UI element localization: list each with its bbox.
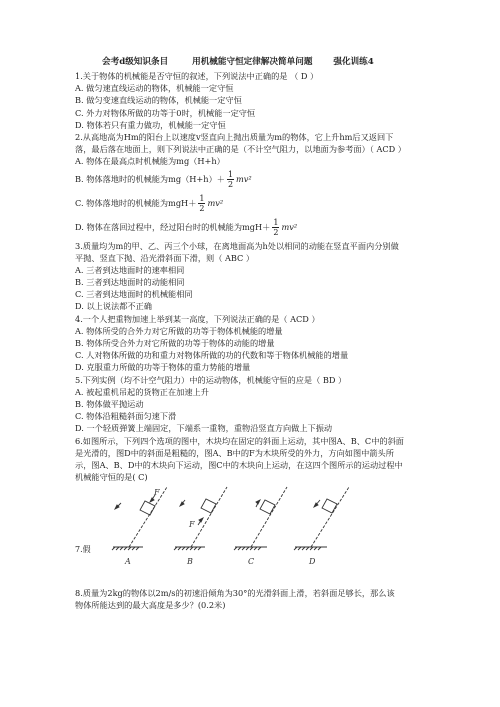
incline-figure: 7.假 [75,485,475,577]
option-a: A. 被起重机吊起的货物正在加速上升 [75,386,475,398]
formula-tail: mv² [236,173,252,185]
option-text: B. 物体落地时的机械能为mg（H+h）＋ [75,173,225,185]
option-text: D. 物体在落回过程中，经过阳台时的机械能为mgH＋ [75,221,270,233]
diagram-c [234,487,287,550]
label-c: C [248,557,254,566]
question-2: 2.从高地高为Hm的阳台上以速度v竖直向上抛出质量为m的物体，它上升hm后又返回… [75,131,475,240]
option-a: A. 做匀速直线运动的物体，机械能一定守恒 [75,82,475,94]
document-page: 会考d级知识条目 用机械能守恒定律解决简单问题 强化训练4 1.关于物体的机械能… [75,56,475,612]
option-d: D. 克服重力所做的功等于物体的重力势能的增量 [75,361,475,373]
option-c: C. 三者到达地面时的机械能相同 [75,288,475,300]
force-label-b: F [188,520,195,529]
question-1: 1.关于物体的机械能是否守恒的叙述，下列说法中正确的是 （ D ） A. 做匀速… [75,70,475,131]
question-stem: 8.质量为2kg的物体以2m/s的初速沿倾角为30°的光滑斜面上滑，若斜面足够长… [75,587,475,599]
question-stem: 3.质量均为m的甲、乙、丙三个小球，在离地面高为h处以相同的动能在竖直平面内分别… [75,240,475,252]
option-c: C. 物体落地时的机械能为mgH＋ 12 mv² [75,192,475,216]
option-c: C. 外力对物体所做的功等于0时，机械能一定守恒 [75,107,475,119]
incline-diagrams-svg: F F A B C D [75,485,475,577]
diagram-b [174,487,227,550]
question-stem-cont: 是光滑的，图D中的斜面是粗糙的，图A、B中的F为木块所受的外力，方向如图中箭头所 [75,447,475,459]
page-title: 会考d级知识条目 用机械能守恒定律解决简单问题 强化训练4 [102,56,475,70]
option-d: D. 物体在落回过程中，经过阳台时的机械能为mgH＋ 12 mv² [75,216,475,240]
option-b: B. 做匀变速直线运动的物体，机械能一定守恒 [75,94,475,106]
option-text: C. 物体落地时的机械能为mgH＋ [75,197,196,209]
option-a: A. 物体在最高点时机械能为mg（H+h） [75,155,475,167]
question-3: 3.质量均为m的甲、乙、丙三个小球，在离地面高为h处以相同的动能在竖直平面内分别… [75,240,475,313]
question-stem-cont: 落，最后落在地面上，则下列说法中正确的是（不计空气阻力，以地面为参考面）（ AC… [75,143,475,155]
option-d: D. 物体若只有重力做功，机械能一定守恒 [75,119,475,131]
option-a: A. 三者到达地面时的速率相同 [75,264,475,276]
label-a: A [124,557,131,566]
formula-tail: mv² [281,221,297,233]
option-c: C. 人对物体所做的功和重力对物体所做的功的代数和等于物体机械能的增量 [75,349,475,361]
question-stem: 6.如图所示，下列四个选项的图中，木块均在固定的斜面上运动，其中图A、B、C中的… [75,435,475,447]
question-stem-cont: 机械能守恒的是( C) [75,471,475,483]
option-d: D. 以上说法都不正确 [75,300,475,312]
diagram-d [294,487,349,550]
question-stem-cont: 平抛、竖直下抛、沿光滑斜面下滑，则（ ABC ） [75,252,475,264]
fraction: 12 [272,218,279,237]
question-stem: 2.从高地高为Hm的阳台上以速度v竖直向上抛出质量为m的物体，它上升hm后又返回… [75,131,475,143]
question-stem-cont: 物体所能达到的最大高度是多少？(0.2米) [75,599,475,611]
fraction: 12 [198,194,205,213]
option-a: A. 物体所受的合外力对它所做的功等于物体机械能的增量 [75,325,475,337]
option-d: D. 一个轻质弹簧上端固定，下端系一重物，重物沿竖直方向做上下振动 [75,422,475,434]
question-stem-cont: 示，图A、B、D中的木块向下运动，图C中的木块向上运动，在这四个图所示的运动过程… [75,459,475,471]
label-b: B [186,557,193,566]
question-stem: 5.下列实例（均不计空气阻力）中的运动物体，机械能守恒的应是（ BD ） [75,374,475,386]
question-8: 8.质量为2kg的物体以2m/s的初速沿倾角为30°的光滑斜面上滑，若斜面足够长… [75,587,475,611]
option-b: B. 物体做平抛运动 [75,398,475,410]
question-stem: 1.关于物体的机械能是否守恒的叙述，下列说法中正确的是 （ D ） [75,70,475,82]
formula-tail: mv² [207,197,223,209]
option-b: B. 物体落地时的机械能为mg（H+h）＋ 12 mv² [75,168,475,192]
question-4: 4.一个人把重物加速上举到某一高度，下列说法正确的是（ ACD ） A. 物体所… [75,313,475,374]
label-d: D [308,557,316,566]
force-label-a: F [153,488,160,497]
question-6: 6.如图所示，下列四个选项的图中，木块均在固定的斜面上运动，其中图A、B、C中的… [75,435,475,484]
fraction: 12 [227,170,234,189]
option-b: B. 物体所受合外力对它所做的功等于物体的动能的增量 [75,337,475,349]
option-c: C. 物体沿粗糙斜面匀速下滑 [75,410,475,422]
question-stem: 4.一个人把重物加速上举到某一高度，下列说法正确的是（ ACD ） [75,313,475,325]
option-b: B. 三者到达地面时的动能相同 [75,276,475,288]
question-5: 5.下列实例（均不计空气阻力）中的运动物体，机械能守恒的应是（ BD ） A. … [75,374,475,435]
